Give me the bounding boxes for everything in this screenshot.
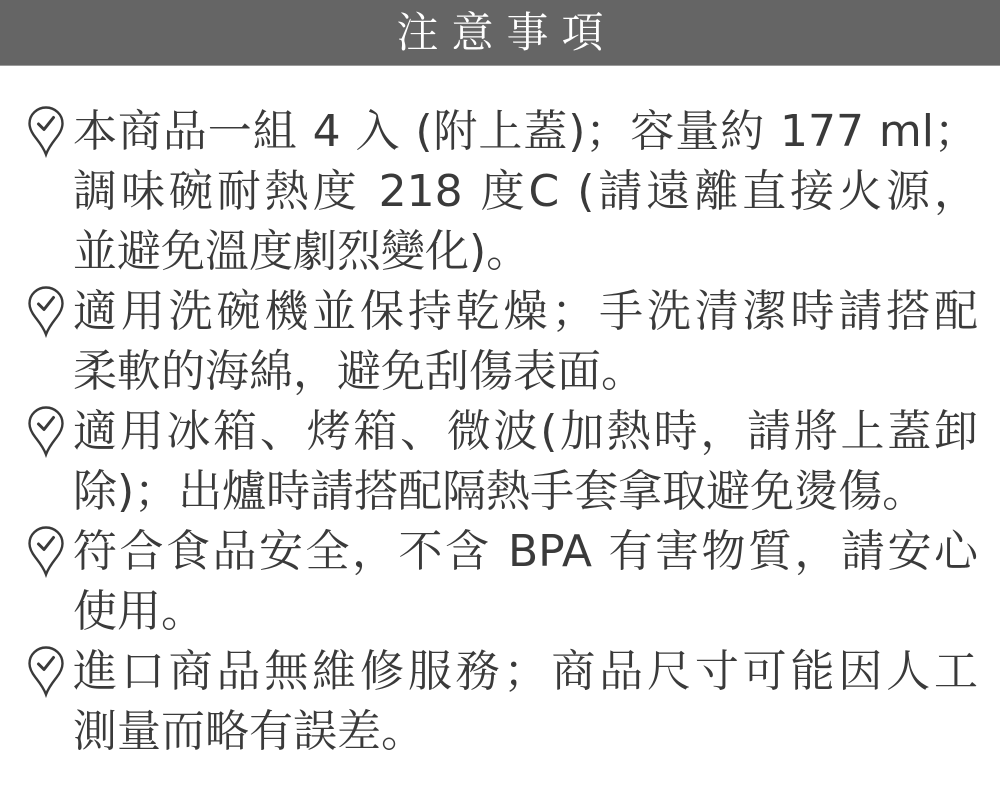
notice-item: 適用洗碗機並保持乾燥；手洗清潔時請搭配 柔軟的海綿，避免刮傷表面。 — [0, 282, 1000, 402]
notice-line: 柔軟的海綿，避免刮傷表面。 — [73, 342, 978, 402]
pin-check-icon — [26, 105, 66, 158]
bullet-icon-column — [0, 102, 73, 158]
notice-item: 適用冰箱、烤箱、微波(加熱時，請將上蓋卸 除)；出爐時請搭配隔熱手套拿取避免燙傷… — [0, 402, 1000, 522]
pin-check-icon — [26, 645, 66, 698]
pin-check-icon — [26, 525, 66, 578]
notice-list: 本商品一組 4 入 (附上蓋)；容量約 177 ml； 調味碗耐熱度 218 度… — [0, 65, 1000, 762]
notice-line: 適用冰箱、烤箱、微波(加熱時，請將上蓋卸 — [73, 402, 978, 462]
notice-item-text: 適用冰箱、烤箱、微波(加熱時，請將上蓋卸 除)；出爐時請搭配隔熱手套拿取避免燙傷… — [73, 402, 978, 522]
notice-header: 注意事項 — [0, 0, 1000, 65]
notice-line: 測量而略有誤差。 — [73, 702, 978, 762]
notice-line: 符合食品安全，不含 BPA 有害物質，請安心 — [73, 522, 978, 582]
notice-item: 進口商品無維修服務；商品尺寸可能因人工 測量而略有誤差。 — [0, 642, 1000, 762]
notice-line: 並避免溫度劇烈變化)。 — [73, 222, 978, 282]
notice-line: 本商品一組 4 入 (附上蓋)；容量約 177 ml； — [73, 102, 978, 162]
notice-item-text: 進口商品無維修服務；商品尺寸可能因人工 測量而略有誤差。 — [73, 642, 978, 762]
bullet-icon-column — [0, 402, 73, 458]
notice-item-text: 符合食品安全，不含 BPA 有害物質，請安心 使用。 — [73, 522, 978, 642]
pin-check-icon — [26, 285, 66, 338]
bullet-icon-column — [0, 642, 73, 698]
bullet-icon-column — [0, 522, 73, 578]
notice-line: 除)；出爐時請搭配隔熱手套拿取避免燙傷。 — [73, 462, 978, 522]
bullet-icon-column — [0, 282, 73, 338]
notice-line: 進口商品無維修服務；商品尺寸可能因人工 — [73, 642, 978, 702]
pin-check-icon — [26, 405, 66, 458]
notice-item: 本商品一組 4 入 (附上蓋)；容量約 177 ml； 調味碗耐熱度 218 度… — [0, 102, 1000, 282]
notice-line: 調味碗耐熱度 218 度C (請遠離直接火源， — [73, 162, 978, 222]
notice-item-text: 本商品一組 4 入 (附上蓋)；容量約 177 ml； 調味碗耐熱度 218 度… — [73, 102, 978, 282]
notice-item: 符合食品安全，不含 BPA 有害物質，請安心 使用。 — [0, 522, 1000, 642]
notice-line: 適用洗碗機並保持乾燥；手洗清潔時請搭配 — [73, 282, 978, 342]
notice-item-text: 適用洗碗機並保持乾燥；手洗清潔時請搭配 柔軟的海綿，避免刮傷表面。 — [73, 282, 978, 402]
notice-page: 注意事項 本商品一組 4 入 (附上蓋)；容量約 177 ml； 調味碗耐熱度 … — [0, 0, 1000, 807]
notice-line: 使用。 — [73, 582, 978, 642]
notice-title: 注意事項 — [383, 12, 616, 54]
